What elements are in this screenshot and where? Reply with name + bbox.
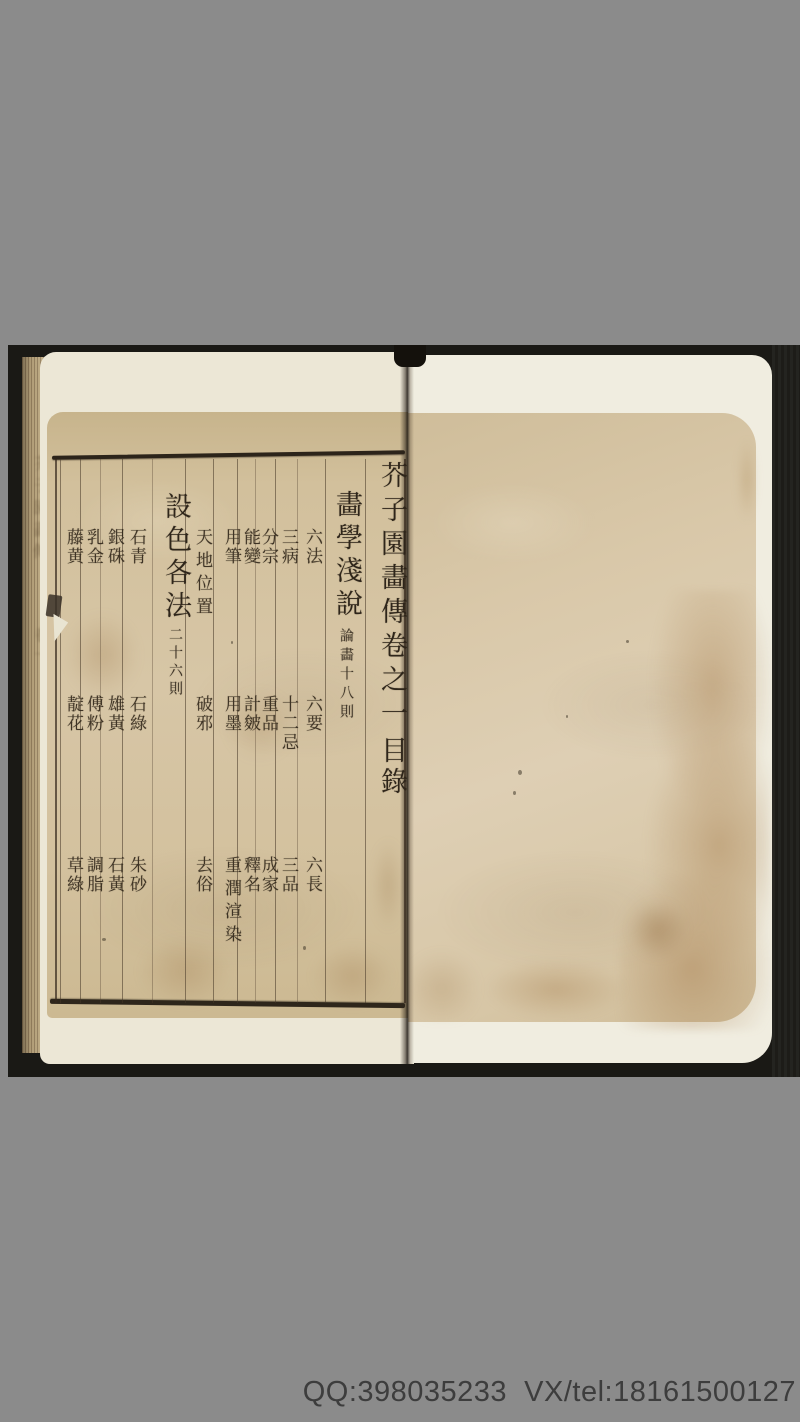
spine-crease bbox=[400, 350, 414, 1064]
right-page-leaf bbox=[408, 413, 756, 1022]
spine-top-notch bbox=[394, 345, 426, 367]
paper-texture bbox=[408, 413, 756, 1022]
photo-right-edge bbox=[772, 345, 800, 1077]
scan-viewport: 芥子園畵傳 卷一 bbox=[0, 0, 800, 1422]
watermark-text: QQ:398035233 VX/tel:18161500127 bbox=[303, 1376, 796, 1409]
left-page-leaf bbox=[47, 412, 414, 1018]
paper-texture bbox=[47, 412, 414, 1018]
photo-backdrop: 芥子園畵傳 卷一 bbox=[8, 345, 800, 1077]
